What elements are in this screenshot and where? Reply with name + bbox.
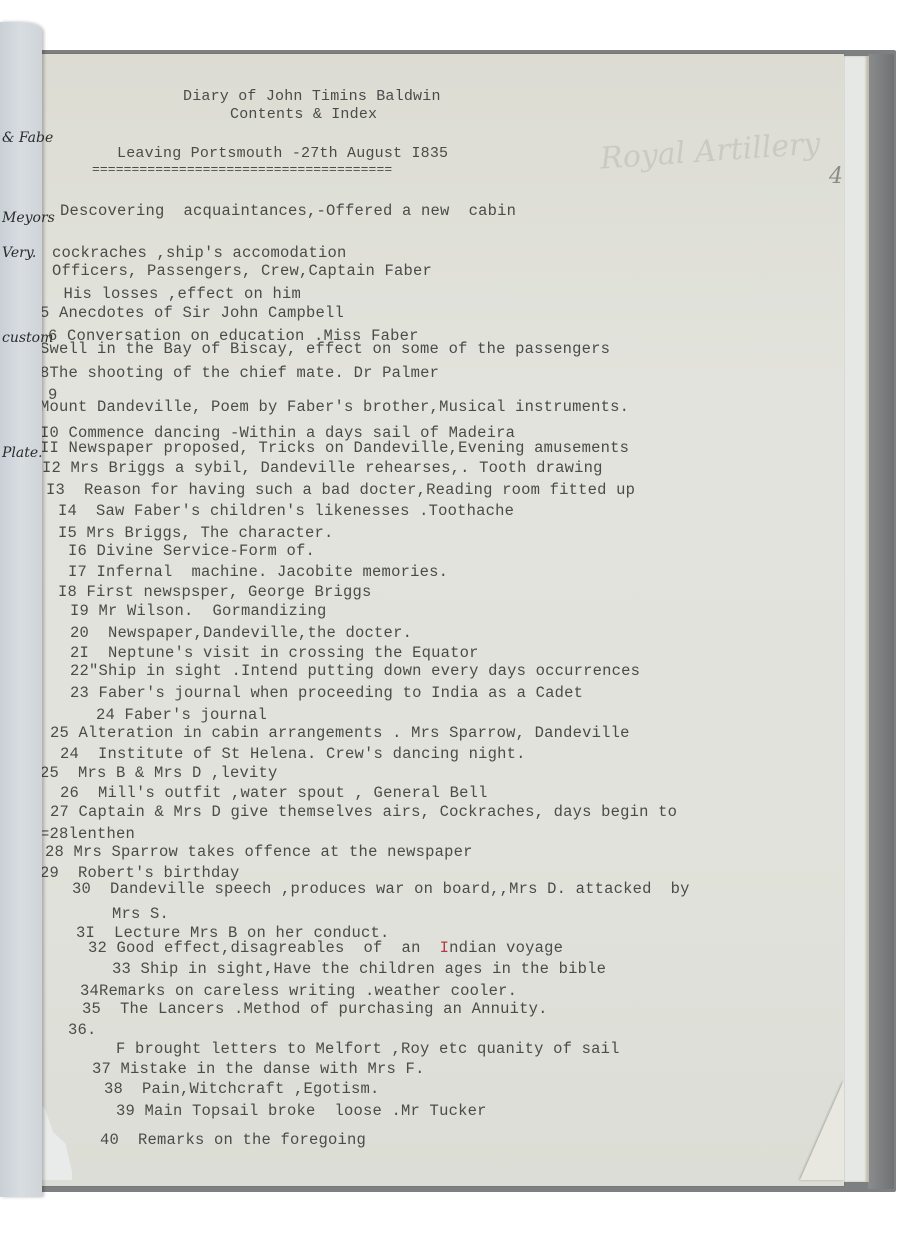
margin-note: Plate. xyxy=(2,445,43,461)
list-item: His losses ,effect on him xyxy=(54,285,301,303)
page-number: 4 xyxy=(829,164,843,189)
list-item: cockraches ,ship's accomodation xyxy=(52,244,347,262)
list-item: 39 Main Topsail broke loose .Mr Tucker xyxy=(116,1102,487,1120)
list-item: Swell in the Bay of Biscay, effect on so… xyxy=(40,340,610,358)
list-item: 23 Faber's journal when proceeding to In… xyxy=(70,684,583,702)
list-item: =28lenthen xyxy=(40,825,135,843)
list-item: 33 Ship in sight,Have the children ages … xyxy=(112,960,606,978)
underlying-leaf-edge xyxy=(842,56,869,1182)
list-item: 5 Anecdotes of Sir John Campbell xyxy=(40,304,344,322)
list-item: 25 Alteration in cabin arrangements . Mr… xyxy=(50,724,630,742)
list-item: F brought letters to Melfort ,Roy etc qu… xyxy=(116,1040,620,1058)
list-item: 36. xyxy=(68,1021,97,1039)
list-item: I5 Mrs Briggs, The character. xyxy=(58,524,334,542)
list-item: 38 Pain,Witchcraft ,Egotism. xyxy=(104,1080,380,1098)
list-item: I2 Mrs Briggs a sybil, Dandeville rehear… xyxy=(42,459,603,477)
margin-note: & Fabe xyxy=(2,130,53,146)
list-item: 35 The Lancers .Method of purchasing an … xyxy=(82,1000,548,1018)
list-item: I7 Infernal machine. Jacobite memories. xyxy=(68,563,448,581)
margin-note: Very. xyxy=(2,245,36,261)
list-item: I9 Mr Wilson. Gormandizing xyxy=(70,602,327,620)
list-item: 34Remarks on careless writing .weather c… xyxy=(80,982,517,1000)
list-item: 32 Good effect,disagreables of an Indian… xyxy=(88,939,563,957)
heading-rule: ====================================== xyxy=(92,161,392,179)
document-subtitle: Contents & Index xyxy=(230,106,377,124)
margin-note: Meyors xyxy=(2,210,55,226)
margin-note: custom xyxy=(2,330,53,346)
binder-board-edge xyxy=(868,54,894,1189)
list-item: I3 Reason for having such a bad docter,R… xyxy=(46,481,635,499)
previous-page-edge xyxy=(0,22,42,1197)
list-item: 20 Newspaper,Dandeville,the docter. xyxy=(70,624,412,642)
list-item: 30 Dandeville speech ,produces war on bo… xyxy=(72,880,690,898)
bleed-through-handwriting: Royal Artillery xyxy=(599,126,821,176)
red-typed-letter: I xyxy=(440,939,450,957)
list-item: Mrs S. xyxy=(112,905,169,923)
list-item: 40 Remarks on the foregoing xyxy=(100,1131,366,1149)
list-item: 22"Ship in sight .Intend putting down ev… xyxy=(70,662,640,680)
list-item: 27 Captain & Mrs D give themselves airs,… xyxy=(50,803,677,821)
list-item: 8The shooting of the chief mate. Dr Palm… xyxy=(40,364,439,382)
folded-corner xyxy=(800,1080,844,1180)
list-item: I6 Divine Service-Form of. xyxy=(68,542,315,560)
list-item: Mount Dandeville, Poem by Faber's brothe… xyxy=(40,398,629,416)
list-item: 24 Institute of St Helena. Crew's dancin… xyxy=(60,745,526,763)
list-item: 2I Neptune's visit in crossing the Equat… xyxy=(70,644,479,662)
list-item: Officers, Passengers, Crew,Captain Faber xyxy=(52,262,432,280)
list-item: I4 Saw Faber's children's likenesses .To… xyxy=(58,502,514,520)
list-item: II Newspaper proposed, Tricks on Dandevi… xyxy=(40,439,629,457)
list-item: 24 Faber's journal xyxy=(96,706,267,724)
list-item: Descovering acquaintances,-Offered a new… xyxy=(60,202,516,220)
list-item: 25 Mrs B & Mrs D ,levity xyxy=(40,764,278,782)
list-item: 37 Mistake in the danse with Mrs F. xyxy=(92,1060,425,1078)
document-title: Diary of John Timins Baldwin xyxy=(183,88,441,106)
list-item: I8 First newspsper, George Briggs xyxy=(58,583,372,601)
list-item: 26 Mill's outfit ,water spout , General … xyxy=(60,784,488,802)
list-item: 28 Mrs Sparrow takes offence at the news… xyxy=(45,843,473,861)
